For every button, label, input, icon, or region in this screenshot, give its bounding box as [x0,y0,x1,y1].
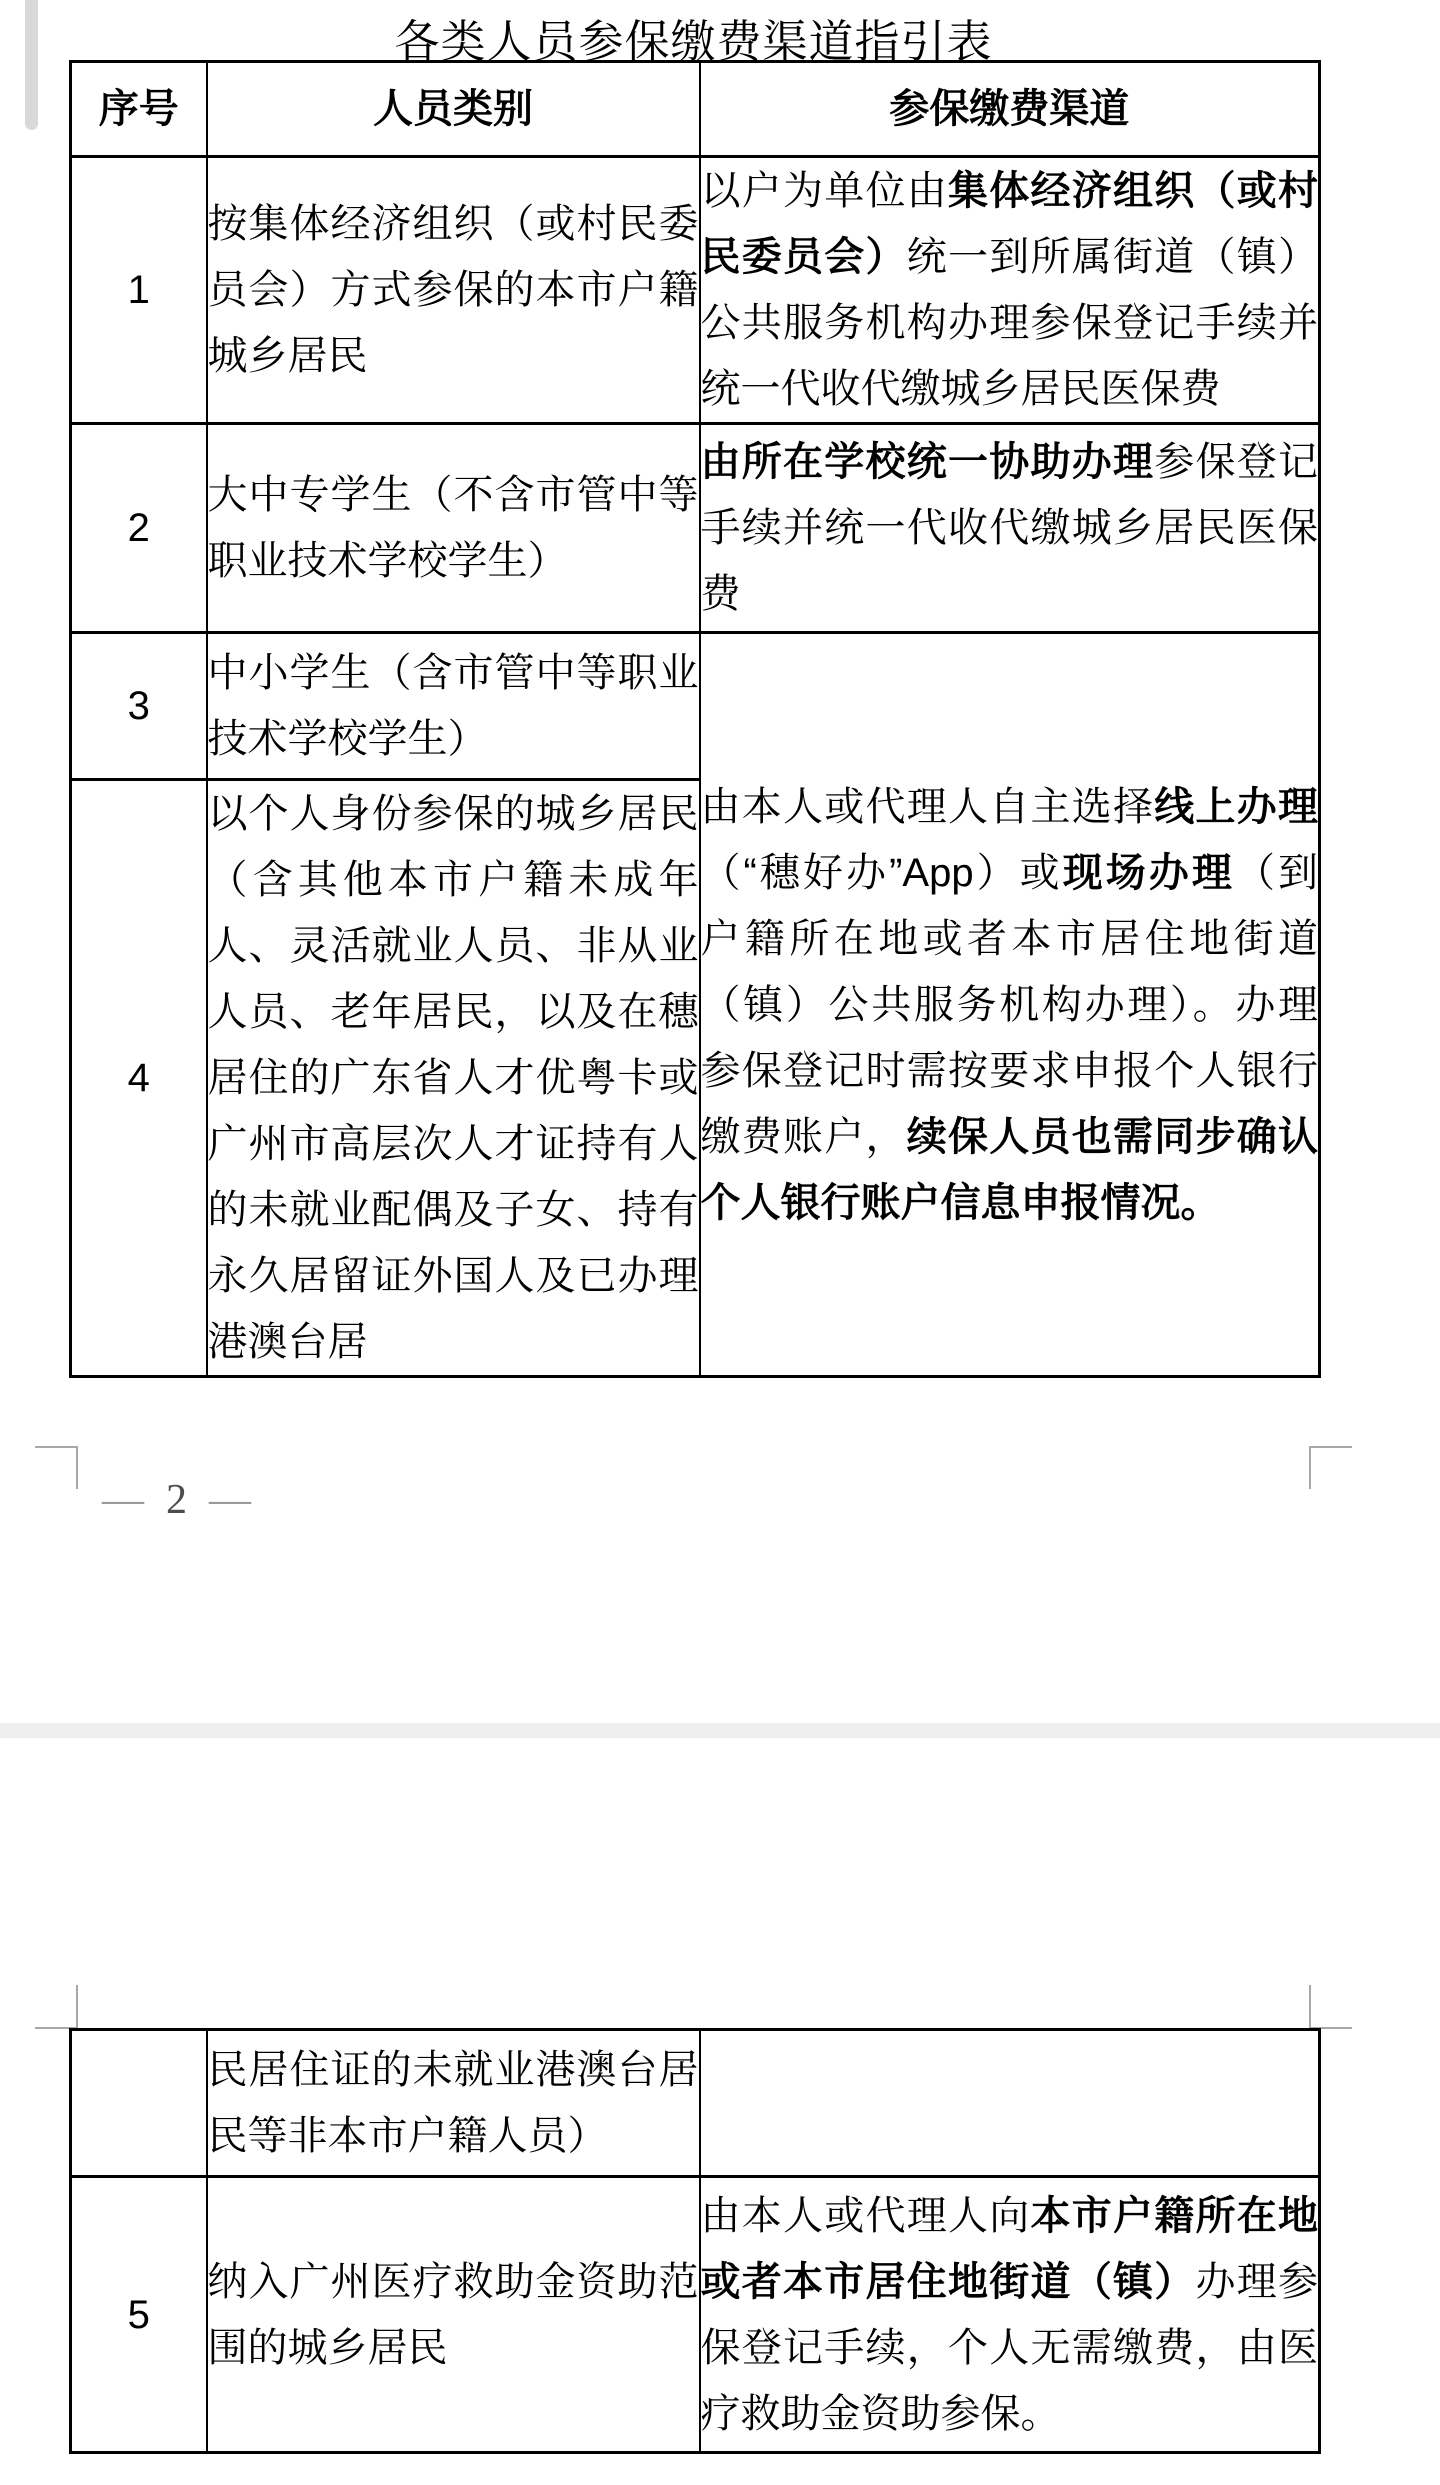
row-number-cell: 4 [71,780,207,1377]
header-payment-channel: 参保缴费渠道 [700,62,1320,157]
channel-cell-merged: 由本人或代理人自主选择线上办理（“穗好办”App）或现场办理（到户籍所在地或者本… [700,633,1320,1377]
page-number-dash-right: — [209,1476,251,1524]
category-cell: 大中专学生（不含市管中等职业技术学校学生） [207,424,700,633]
document-viewer: 各类人员参保缴费渠道指引表 序号 人员类别 参保缴费渠道 1 按集体经济组织（或… [0,0,1440,2485]
row-number-cell: 1 [71,157,207,424]
table-header-row: 序号 人员类别 参保缴费渠道 [71,62,1320,157]
row-number-cell: 3 [71,633,207,780]
text-boundary-mark-top-right [1309,1985,1352,2029]
table-row: 5 纳入广州医疗救助金资助范围的城乡居民 由本人或代理人向本市户籍所在地或者本市… [71,2177,1320,2453]
header-seq-no: 序号 [71,62,207,157]
enrollment-guide-table-page1: 序号 人员类别 参保缴费渠道 1 按集体经济组织（或村民委员会）方式参保的本市户… [69,60,1321,1378]
page-number: — 2 — [102,1476,251,1524]
channel-cell: 以户为单位由集体经济组织（或村民委员会）统一到所属街道（镇）公共服务机构办理参保… [700,157,1320,424]
table-row: 2 大中专学生（不含市管中等职业技术学校学生） 由所在学校统一协助办理参保登记手… [71,424,1320,633]
enrollment-guide-table-page2: 民居住证的未就业港澳台居民等非本市户籍人员） 5 纳入广州医疗救助金资助范围的城… [69,2028,1321,2454]
category-cell: 民居住证的未就业港澳台居民等非本市户籍人员） [207,2030,700,2177]
table-row: 3 中小学生（含市管中等职业技术学校学生） 由本人或代理人自主选择线上办理（“穗… [71,633,1320,780]
page-number-value: 2 [166,1476,187,1524]
category-cell: 纳入广州医疗救助金资助范围的城乡居民 [207,2177,700,2453]
category-cell: 中小学生（含市管中等职业技术学校学生） [207,633,700,780]
category-text-clipped: 以个人身份参保的城乡居民（含其他本市户籍未成年人、灵活就业人员、非从业人员、老年… [208,781,699,1375]
page-number-dash-left: — [102,1476,144,1524]
table-row: 1 按集体经济组织（或村民委员会）方式参保的本市户籍城乡居民 以户为单位由集体经… [71,157,1320,424]
text-boundary-mark-bottom-left [35,1446,78,1489]
header-person-category: 人员类别 [207,62,700,157]
channel-cell: 由本人或代理人向本市户籍所在地或者本市居住地街道（镇）办理参保登记手续，个人无需… [700,2177,1320,2453]
page-separator [0,1723,1440,1738]
table-row-continuation: 民居住证的未就业港澳台居民等非本市户籍人员） [71,2030,1320,2177]
text-boundary-mark-top-left [35,1985,78,2029]
channel-cell-empty [700,2030,1320,2177]
channel-cell: 由所在学校统一协助办理参保登记手续并统一代收代缴城乡居民医保费 [700,424,1320,633]
row-number-cell: 5 [71,2177,207,2453]
category-cell: 按集体经济组织（或村民委员会）方式参保的本市户籍城乡居民 [207,157,700,424]
text-boundary-mark-bottom-right [1309,1446,1352,1489]
row-number-cell: 2 [71,424,207,633]
category-cell: 以个人身份参保的城乡居民（含其他本市户籍未成年人、灵活就业人员、非从业人员、老年… [207,780,700,1377]
scrollbar-thumb[interactable] [25,0,38,130]
row-number-cell [71,2030,207,2177]
